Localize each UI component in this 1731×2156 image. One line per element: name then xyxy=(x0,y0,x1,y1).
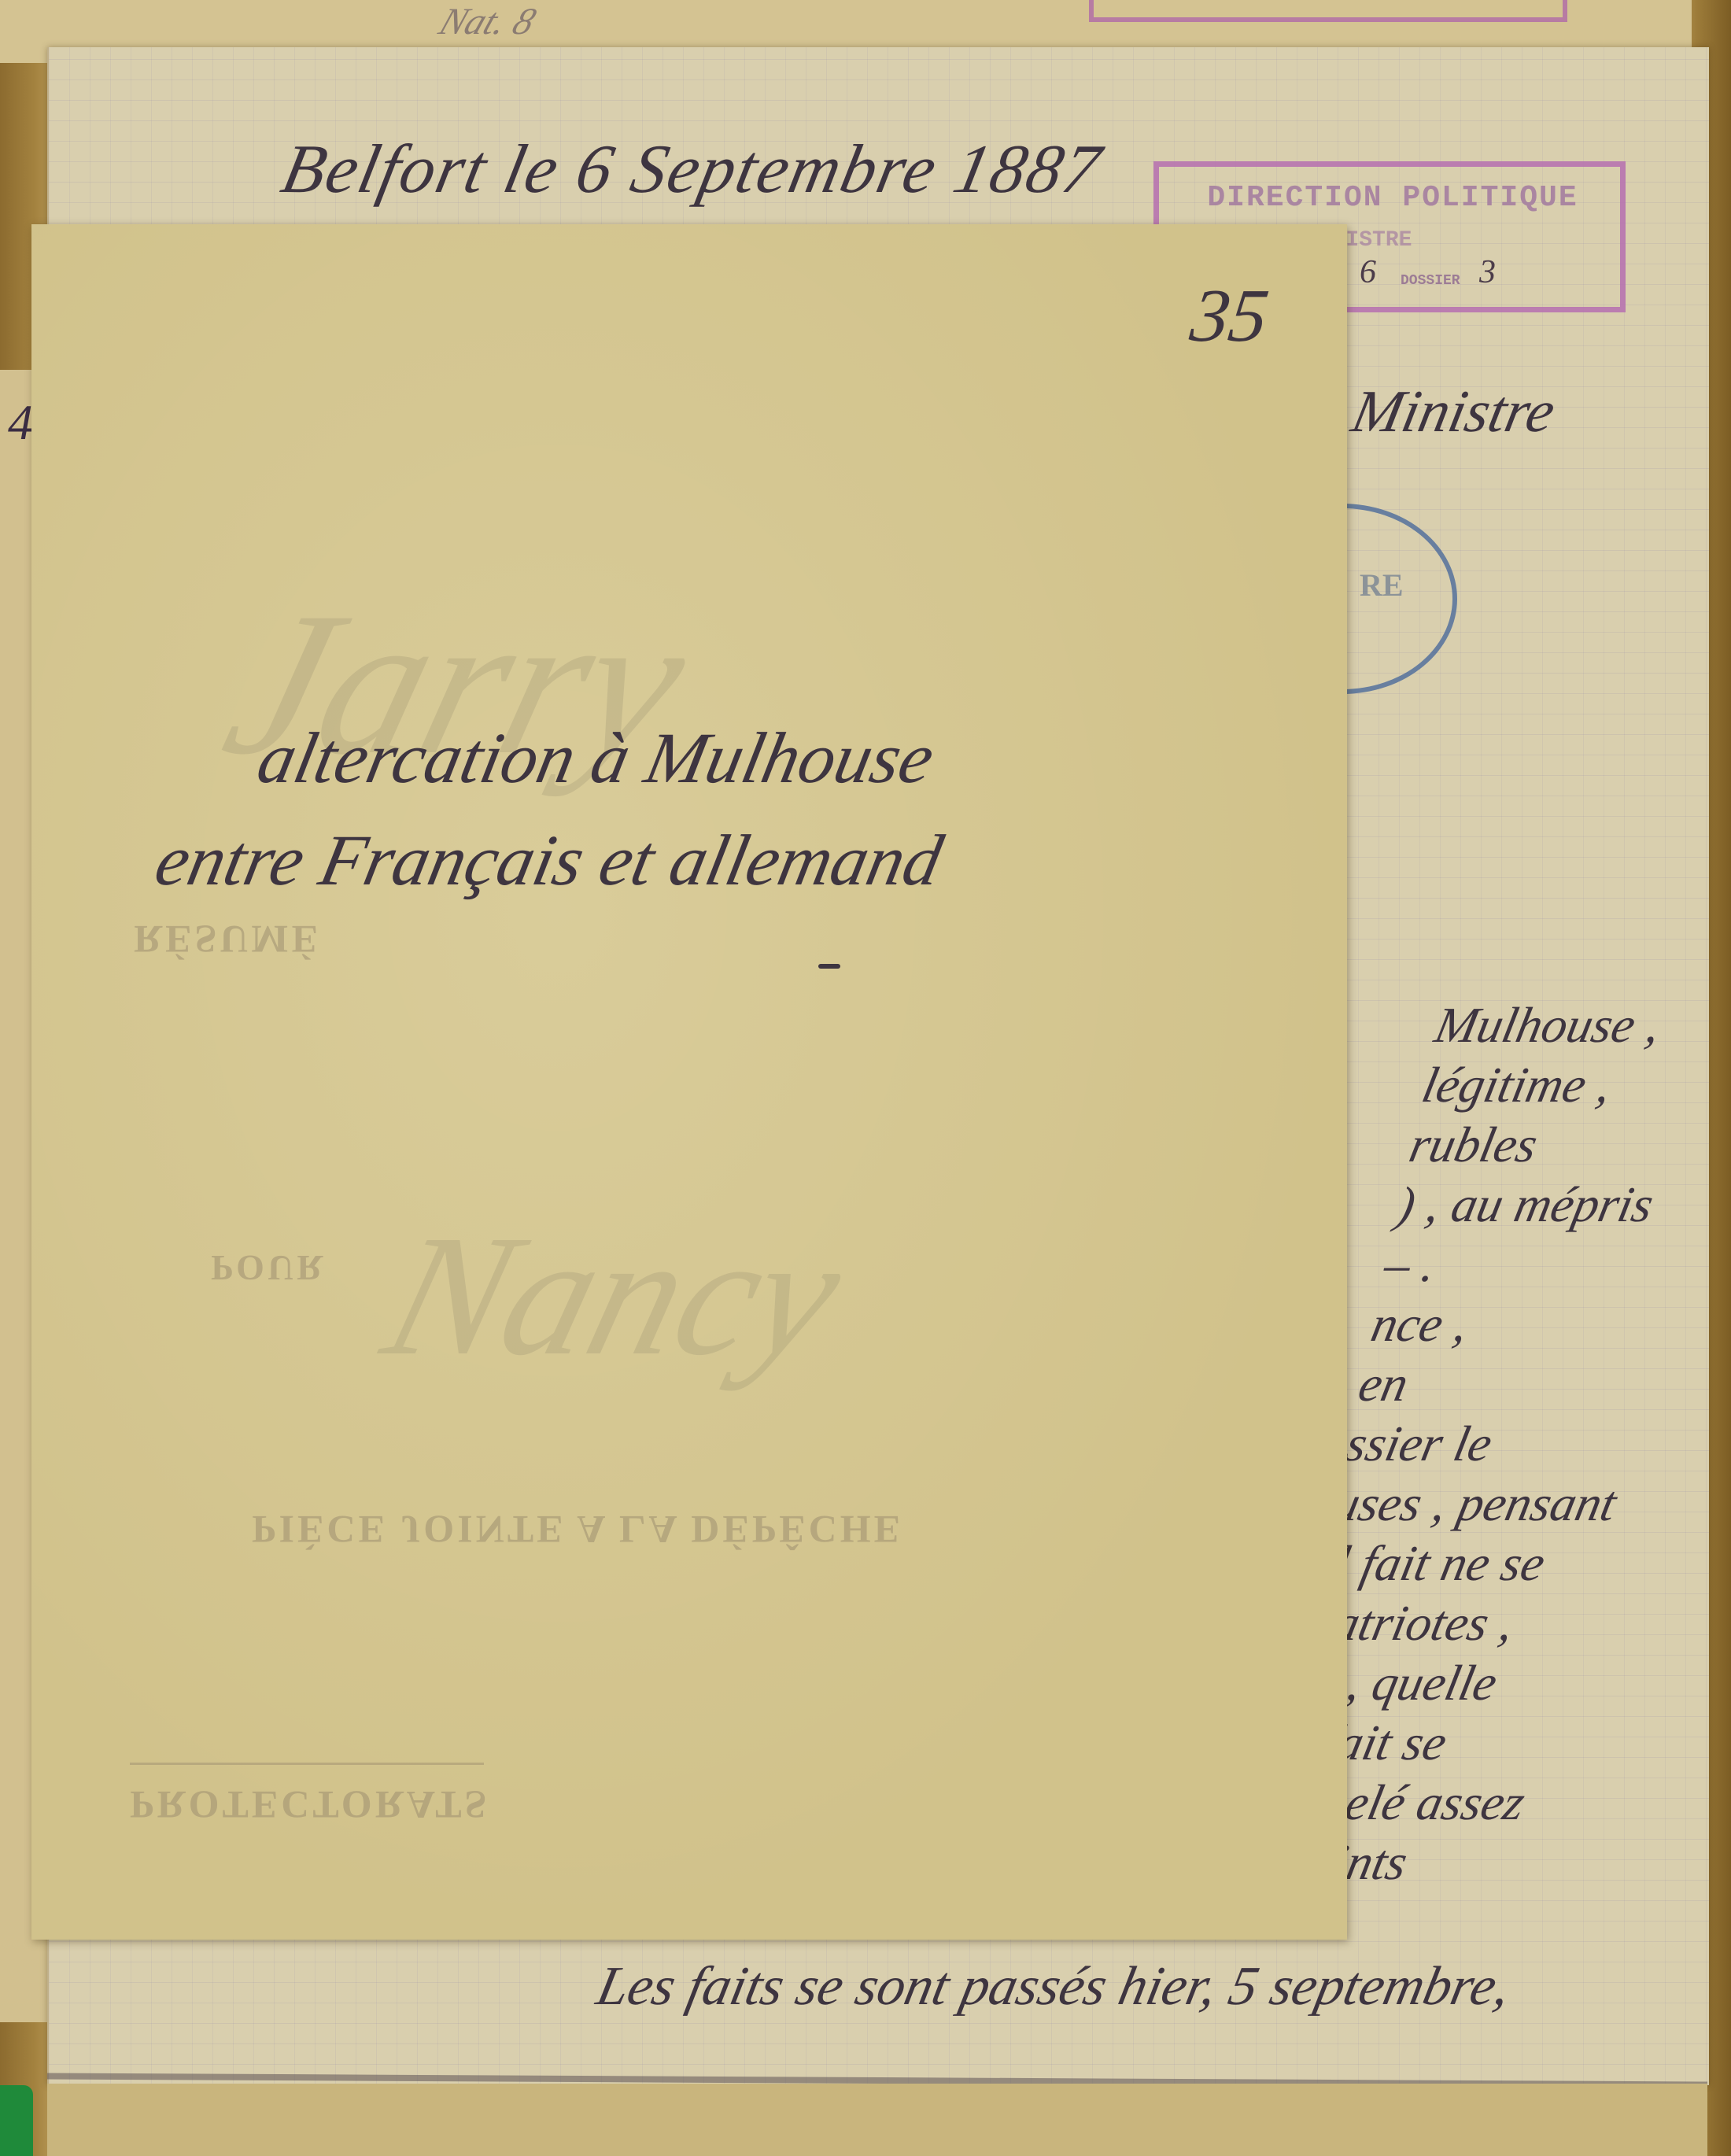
left-sheet-folio: 4 xyxy=(8,393,33,452)
stamp-dossier-value: 3 xyxy=(1479,253,1496,291)
printed-resume-heading: RÉSUMÉ xyxy=(134,917,321,962)
letter-dateline: Belfort le 6 Septembre 1887 xyxy=(275,130,1109,209)
stamp-number-value: 6 xyxy=(1360,253,1376,291)
letter-salutation: Ministre xyxy=(1346,378,1561,446)
title-dash xyxy=(818,964,840,969)
body-line: ) , au mépris xyxy=(1392,1175,1685,1235)
top-sheet-scribble: Nat. 8 xyxy=(432,0,780,47)
lower-sheet xyxy=(47,2084,1707,2156)
stamp-title: DIRECTION POLITIQUE xyxy=(1188,181,1597,215)
show-through-handwriting: Nancy xyxy=(367,1196,862,1395)
printed-protectorats-heading: PROTECTORATS xyxy=(130,1782,489,1828)
letter-bottom-line: Les faits se sont passés hier, 5 septemb… xyxy=(591,1955,1515,2018)
printed-piece-jointe-heading: PIÈCE JOINTE A LA DÉPÊCHE xyxy=(252,1507,903,1552)
body-line: il fait ne se xyxy=(1316,1534,1609,1593)
top-sheet-stamp-edge xyxy=(1089,0,1567,22)
body-line: légitime , xyxy=(1417,1055,1711,1115)
body-line: en xyxy=(1353,1354,1647,1414)
blue-stamp-text: RE xyxy=(1360,567,1404,604)
body-line: rubles xyxy=(1404,1115,1698,1175)
cover-title-line-2: entre Français et allemand xyxy=(149,818,950,902)
folio-number: 35 xyxy=(1186,271,1274,359)
body-line: ssier le xyxy=(1341,1414,1634,1474)
cover-resume-sheet xyxy=(31,224,1347,1940)
green-folder-tab xyxy=(0,2085,33,2156)
body-line: Mulhouse , xyxy=(1430,995,1723,1055)
cover-title-line-1: altercation à Mulhouse xyxy=(251,716,942,799)
stamp-dossier-label: DOSSIER xyxy=(1401,273,1460,289)
printed-pour-heading: POUR xyxy=(211,1247,326,1289)
printed-rule xyxy=(130,1763,484,1765)
body-line: – . xyxy=(1379,1235,1672,1294)
body-line: uses , pensant xyxy=(1328,1474,1622,1534)
body-line: nce , xyxy=(1366,1294,1659,1354)
